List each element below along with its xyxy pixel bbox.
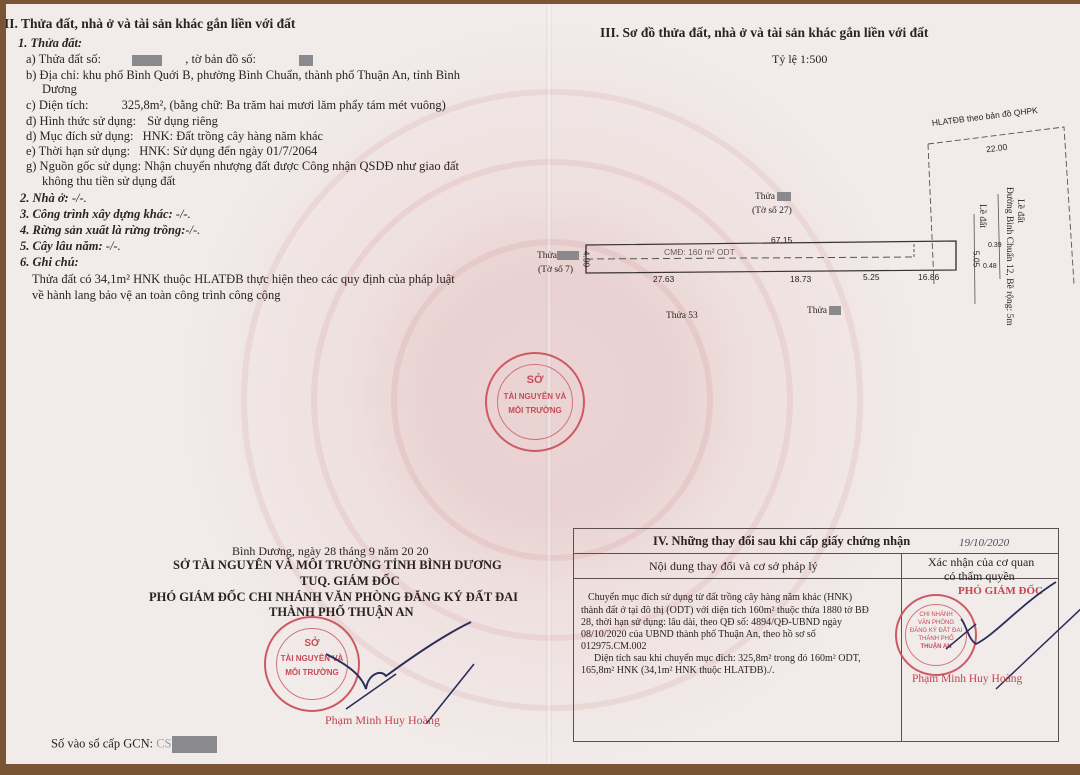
purpose-row: d) Mục đích sử dụng: HNK: Đất trồng cây … bbox=[26, 129, 323, 143]
address-value-cont: Dương bbox=[42, 82, 77, 96]
dim-right: 5.05 bbox=[969, 251, 983, 268]
sidewalk-label-2: Lề đất bbox=[975, 204, 989, 228]
house-row: 2. Nhà ở: -/-. bbox=[20, 191, 87, 205]
sidewalk-label-1: Lề đất bbox=[1013, 199, 1027, 223]
origin-row: g) Nguồn gốc sử dụng: Nhận chuyển nhượng… bbox=[26, 159, 459, 173]
area-label: c) Diện tích: bbox=[26, 98, 88, 112]
neighbor-bottom-1: Thửa 53 bbox=[666, 309, 698, 323]
changes-title: IV. Những thay đổi sau khi cấp giấy chứn… bbox=[653, 534, 910, 548]
other-works-value: -/-. bbox=[176, 207, 191, 221]
issuer-authority: TUQ. GIÁM ĐỐC bbox=[300, 574, 400, 588]
redacted-gcn-number bbox=[172, 736, 217, 753]
content-column-header: Nội dung thay đổi và cơ sở pháp lý bbox=[649, 559, 818, 573]
issue-date: Bình Dương, ngày 28 tháng 9 năm 20 20 bbox=[232, 544, 429, 558]
issuer-title: PHÓ GIÁM ĐỐC CHI NHÁNH VĂN PHÒNG ĐĂNG KÝ… bbox=[149, 590, 518, 604]
notes-heading: 6. Ghi chú: bbox=[20, 255, 79, 269]
section-iii-title: III. Sơ đồ thửa đất, nhà ở và tài sản kh… bbox=[600, 26, 928, 40]
address-row: b) Địa chỉ: khu phố Bình Quới B, phường … bbox=[26, 68, 460, 82]
official-stamp-center: SỞ TÀI NGUYÊN VÀ MÔI TRƯỜNG bbox=[485, 352, 585, 452]
address-value: khu phố Bình Quới B, phường Bình Chuẩn, … bbox=[83, 68, 460, 82]
other-works-row: 3. Công trình xây dựng khác: -/-. bbox=[20, 207, 191, 221]
dim-bottom-4: 16.86 bbox=[918, 270, 939, 284]
other-works-label: 3. Công trình xây dựng khác: bbox=[20, 207, 173, 221]
forest-row: 4. Rừng sản xuất là rừng trồng:-/-. bbox=[20, 223, 200, 237]
change-content-line: 165,8m² HNK (34,1m² HNK thuộc HLATĐB)./. bbox=[581, 664, 774, 678]
neighbor-top-label: Thửa bbox=[755, 190, 791, 204]
purpose-label: d) Mục đích sử dụng: bbox=[26, 129, 133, 143]
certificate-page: II. Thửa đất, nhà ở và tài sản khác gắn … bbox=[6, 4, 1080, 764]
parcel-number-row: a) Thửa đất số: , tờ bản đồ số: bbox=[26, 52, 313, 66]
gcn-number-row: Số vào sổ cấp GCN: CS bbox=[51, 736, 217, 753]
origin-value: Nhận chuyển nhượng đất được Công nhận QS… bbox=[144, 159, 459, 173]
dim-left: 4.99 bbox=[579, 251, 593, 268]
gcn-prefix: CS bbox=[156, 736, 171, 750]
area-row: c) Diện tích: 325,8m², (bằng chữ: Ba tră… bbox=[26, 98, 446, 112]
term-row: e) Thời hạn sử dụng: HNK: Sử dụng đến ng… bbox=[26, 144, 317, 158]
converted-area-label: CMĐ: 160 m² ODT bbox=[664, 245, 735, 259]
dim-top: 67.15 bbox=[771, 233, 792, 247]
map-sheet-label: , tờ bản đồ số: bbox=[185, 52, 256, 66]
signer-name-right: Phạm Minh Huy Hoàng bbox=[912, 672, 1022, 686]
redacted-neighbor-number bbox=[777, 192, 791, 201]
origin-value-cont: không thu tiền sử dụng đất bbox=[42, 174, 176, 188]
area-value: 325,8m², (bằng chữ: Ba trăm hai mươi lăm… bbox=[122, 98, 446, 112]
parcel-heading: 1. Thửa đất: bbox=[18, 36, 82, 50]
signer-name-left: Phạm Minh Huy Hoàng bbox=[325, 713, 440, 727]
note-line-2: về hành lang bảo vệ an toàn công trình c… bbox=[32, 288, 281, 302]
usage-form-label: đ) Hình thức sử dụng: bbox=[26, 114, 136, 128]
signature-left bbox=[306, 614, 476, 724]
neighbor-left-label: Thửa bbox=[537, 249, 579, 263]
usage-form-row: đ) Hình thức sử dụng: Sử dụng riêng bbox=[26, 114, 218, 128]
house-value: -/-. bbox=[72, 191, 87, 205]
forest-value: -/-. bbox=[185, 223, 200, 237]
neighbor-bottom-2-text: Thửa bbox=[807, 306, 827, 316]
dim-bottom-3: 5.25 bbox=[863, 270, 880, 284]
term-value: HNK: Sử dụng đến ngày 01/7/2064 bbox=[139, 144, 317, 158]
purpose-value: HNK: Đất trồng cây hàng năm khác bbox=[143, 129, 324, 143]
parcel-number-label: a) Thửa đất số: bbox=[26, 52, 101, 66]
neighbor-left-text: Thửa bbox=[537, 251, 557, 261]
dim-bottom-2: 18.73 bbox=[790, 272, 811, 286]
redacted-neighbor-number bbox=[829, 306, 841, 315]
usage-form-value: Sử dụng riêng bbox=[147, 114, 218, 128]
term-label: e) Thời hạn sử dụng: bbox=[26, 144, 130, 158]
dim-bottom-1: 27.63 bbox=[653, 272, 674, 286]
gcn-label: Số vào sổ cấp GCN: bbox=[51, 736, 153, 750]
neighbor-top-text: Thửa bbox=[755, 192, 775, 202]
dim-right-top: 0.39 bbox=[988, 239, 1002, 253]
address-label: b) Địa chỉ: bbox=[26, 68, 79, 82]
redacted-parcel-number bbox=[132, 55, 162, 66]
stamp-text: TÀI NGUYÊN VÀ bbox=[487, 392, 583, 401]
neighbor-bottom-2: Thửa bbox=[807, 304, 841, 318]
stamp-text: MÔI TRƯỜNG bbox=[487, 406, 583, 415]
redacted-sheet-number bbox=[299, 55, 313, 66]
handwritten-date: 19/10/2020 bbox=[959, 536, 1009, 550]
map-scale: Tỷ lệ 1:500 bbox=[772, 52, 827, 66]
forest-label: 4. Rừng sản xuất là rừng trồng: bbox=[20, 223, 185, 237]
perennial-label: 5. Cây lâu năm: bbox=[20, 239, 103, 253]
house-label: 2. Nhà ở: bbox=[20, 191, 69, 205]
neighbor-top-sheet: (Tờ số 27) bbox=[752, 204, 792, 218]
stamp-text: SỞ bbox=[487, 374, 583, 386]
corridor-width: 22.00 bbox=[985, 140, 1008, 156]
neighbor-left-sheet: (Tờ số 7) bbox=[538, 263, 573, 277]
change-content-line: Chuyển mục đích sử dụng từ đất trồng cây… bbox=[588, 592, 852, 603]
dim-right-bottom: 0.48 bbox=[983, 260, 997, 274]
perennial-value: -/-. bbox=[106, 239, 121, 253]
perennial-row: 5. Cây lâu năm: -/-. bbox=[20, 239, 121, 253]
redacted-neighbor-number bbox=[557, 251, 579, 260]
origin-label: g) Nguồn gốc sử dụng: bbox=[26, 159, 141, 173]
issuer-org: SỞ TÀI NGUYÊN VÀ MÔI TRƯỜNG TỈNH BÌNH DƯ… bbox=[173, 558, 502, 572]
section-ii-title: II. Thửa đất, nhà ở và tài sản khác gắn … bbox=[6, 17, 295, 31]
note-line-1: Thửa đất có 34,1m² HNK thuộc HLATĐB thực… bbox=[32, 272, 455, 286]
